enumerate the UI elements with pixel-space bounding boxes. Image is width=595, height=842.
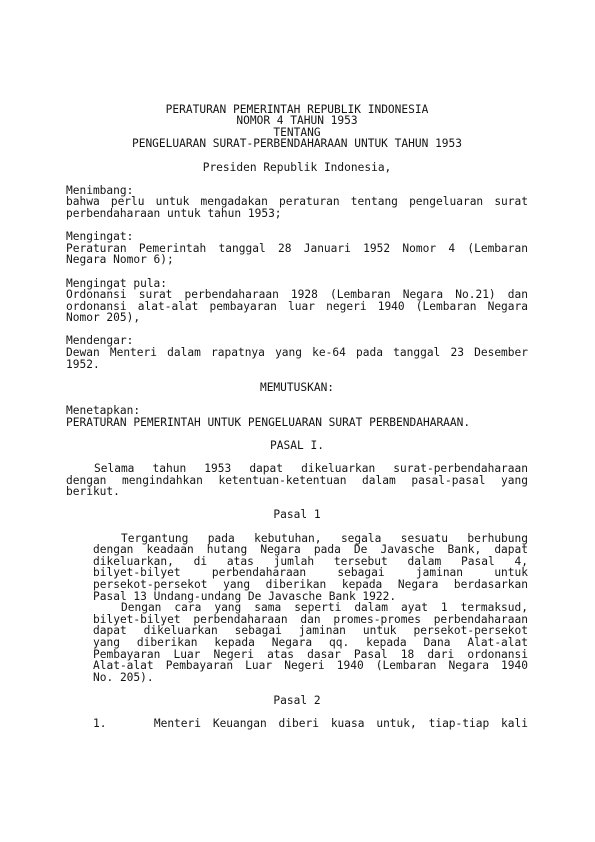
doc-title-line-4: PENGELUARAN SURAT-PERBENDAHARAAN UNTUK T…: [66, 138, 528, 150]
text-column: PERATURAN PEMERINTAH REPUBLIK INDONESIAN…: [66, 104, 528, 730]
doc-line: PERATURAN PEMERINTAH UNTUK PENGELUARAN S…: [66, 417, 528, 429]
heading-memutuskan: MEMUTUSKAN:: [66, 382, 528, 394]
doc-line: Alat-alat Pembayaran Luar Negeri 1940 (L…: [93, 660, 528, 672]
blank-line: [66, 324, 528, 336]
blank-line: [66, 220, 528, 232]
doc-line: dengan keadaan hutang Negara pada De Jav…: [93, 544, 528, 556]
blank-line: [66, 521, 528, 533]
document-page: PERATURAN PEMERINTAH REPUBLIK INDONESIAN…: [0, 0, 595, 842]
blank-line: [66, 173, 528, 185]
doc-line: yang diberikan kepada Negara qq. kepada …: [93, 637, 528, 649]
doc-subtitle: Presiden Republik Indonesia,: [66, 162, 528, 174]
doc-line: Dengan cara yang sama seperti dalam ayat…: [93, 602, 528, 614]
doc-line: Ordonansi surat perbendaharaan 1928 (Lem…: [66, 289, 528, 301]
doc-line: berikut.: [66, 486, 528, 498]
doc-line: Selama tahun 1953 dapat dikeluarkan sura…: [66, 463, 528, 475]
heading-pasal-2: Pasal 2: [66, 695, 528, 707]
doc-line: 1952.: [66, 359, 528, 371]
blank-line: [66, 150, 528, 162]
label-menetapkan: Menetapkan:: [66, 405, 528, 417]
doc-line: Negara Nomor 6);: [66, 254, 528, 266]
doc-line: No. 205).: [93, 672, 528, 684]
doc-numbered-item-1: 1. Menteri Keuangan diberi kuasa untuk, …: [93, 718, 528, 730]
heading-pasal-1: Pasal 1: [66, 509, 528, 521]
doc-line: perbendaharaan untuk tahun 1953;: [66, 208, 528, 220]
label-mengingat: Mengingat:: [66, 231, 528, 243]
doc-line: persekot-persekot yang diberikan kepada …: [93, 579, 528, 591]
doc-line: Nomor 205),: [66, 312, 528, 324]
doc-line: dengan mengindahkan ketentuan-ketentuan …: [66, 475, 528, 487]
doc-line: Dewan Menteri dalam rapatnya yang ke-64 …: [66, 347, 528, 359]
heading-pasal-i: PASAL I.: [66, 440, 528, 452]
blank-line: [66, 266, 528, 278]
